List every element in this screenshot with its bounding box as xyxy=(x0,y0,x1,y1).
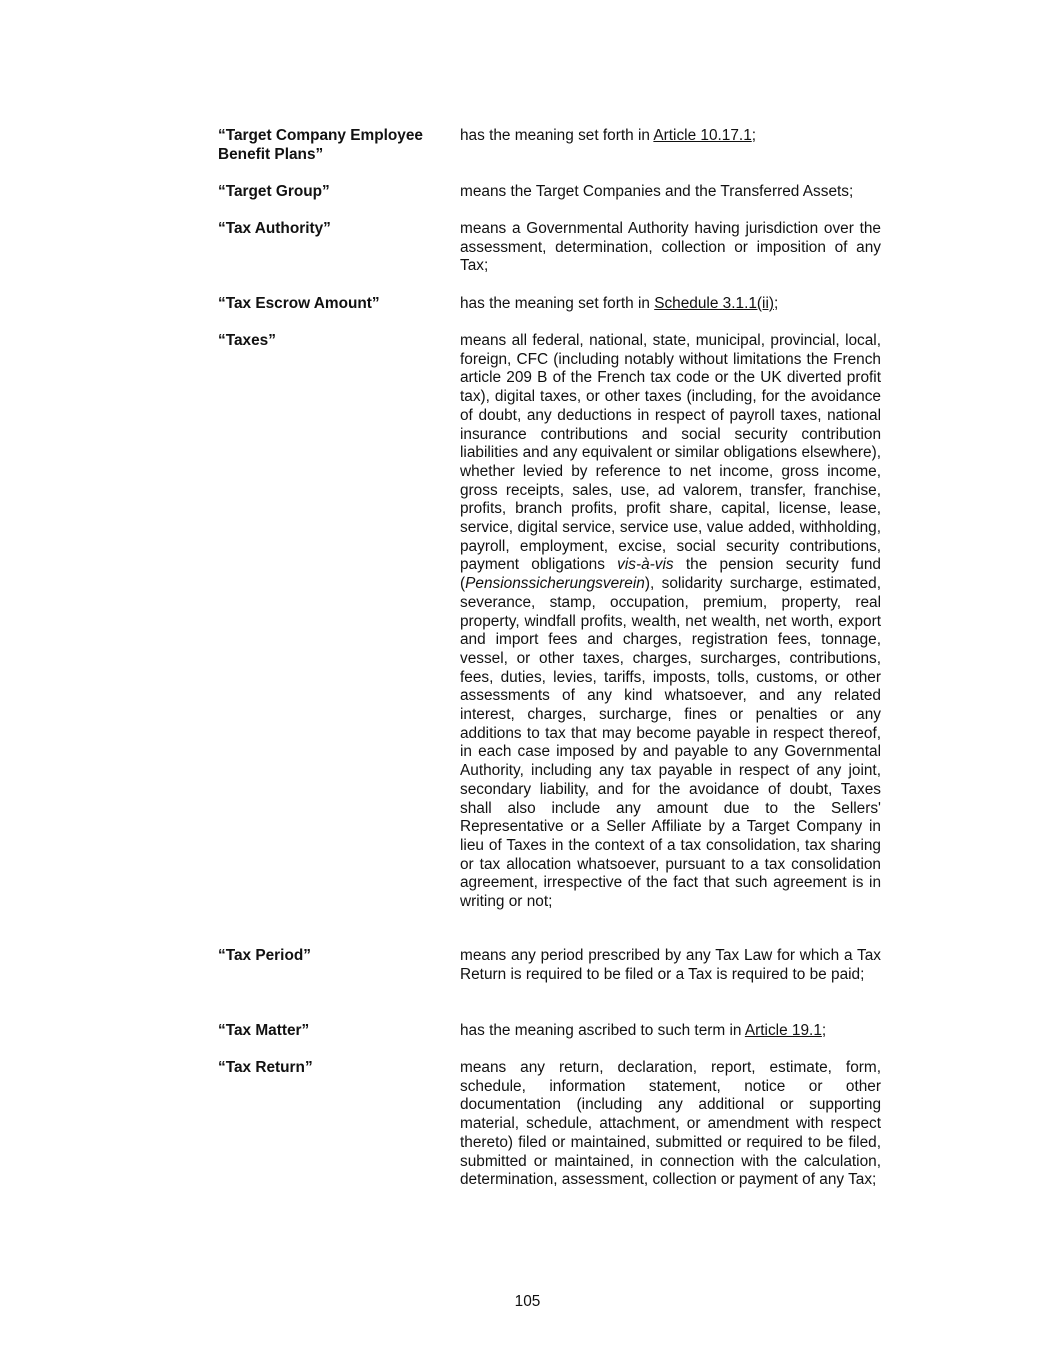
definition-text-part: ; xyxy=(774,295,778,312)
definition-term: “Target Company Employee Benefit Plans” xyxy=(218,127,448,164)
definition-term: “Taxes” xyxy=(218,332,448,351)
page-number: 105 xyxy=(0,1293,1055,1311)
definition-text-part: ; xyxy=(822,1022,826,1039)
italic-term: vis-à-vis xyxy=(617,556,673,573)
definition-term: “Tax Period” xyxy=(218,947,448,966)
schedule-reference-link[interactable]: Schedule 3.1.1(ii) xyxy=(654,295,774,312)
definition-text-part: ; xyxy=(752,127,756,144)
definition-term: “Tax Escrow Amount” xyxy=(218,295,448,314)
definition-term: “Tax Return” xyxy=(218,1059,448,1078)
definition-term: “Tax Authority” xyxy=(218,220,448,239)
definition-text: means any period prescribed by any Tax L… xyxy=(460,947,881,984)
definition-text-part: has the meaning set forth in xyxy=(460,127,653,144)
definition-text: has the meaning set forth in Schedule 3.… xyxy=(460,295,881,314)
definition-text: means the Target Companies and the Trans… xyxy=(460,183,881,202)
definition-term: “Target Group” xyxy=(218,183,448,202)
definition-text: has the meaning ascribed to such term in… xyxy=(460,1022,881,1041)
definition-term: “Tax Matter” xyxy=(218,1022,448,1041)
document-page: “Target Company Employee Benefit Plans” … xyxy=(0,0,1055,1365)
definition-text: has the meaning set forth in Article 10.… xyxy=(460,127,881,146)
definition-text: means any return, declaration, report, e… xyxy=(460,1059,881,1190)
italic-term: Pensionssicherungsverein xyxy=(465,575,645,592)
definition-text-part: has the meaning ascribed to such term in xyxy=(460,1022,745,1039)
definition-text-part: ), solidarity surcharge, estimated, seve… xyxy=(460,575,881,910)
definition-text: means a Governmental Authority having ju… xyxy=(460,220,881,276)
definition-text-part: means all federal, national, state, muni… xyxy=(460,332,881,573)
article-reference-link[interactable]: Article 19.1 xyxy=(745,1022,822,1039)
definition-text-part: has the meaning set forth in xyxy=(460,295,654,312)
article-reference-link[interactable]: Article 10.17.1 xyxy=(653,127,751,144)
definition-text: means all federal, national, state, muni… xyxy=(460,332,881,912)
